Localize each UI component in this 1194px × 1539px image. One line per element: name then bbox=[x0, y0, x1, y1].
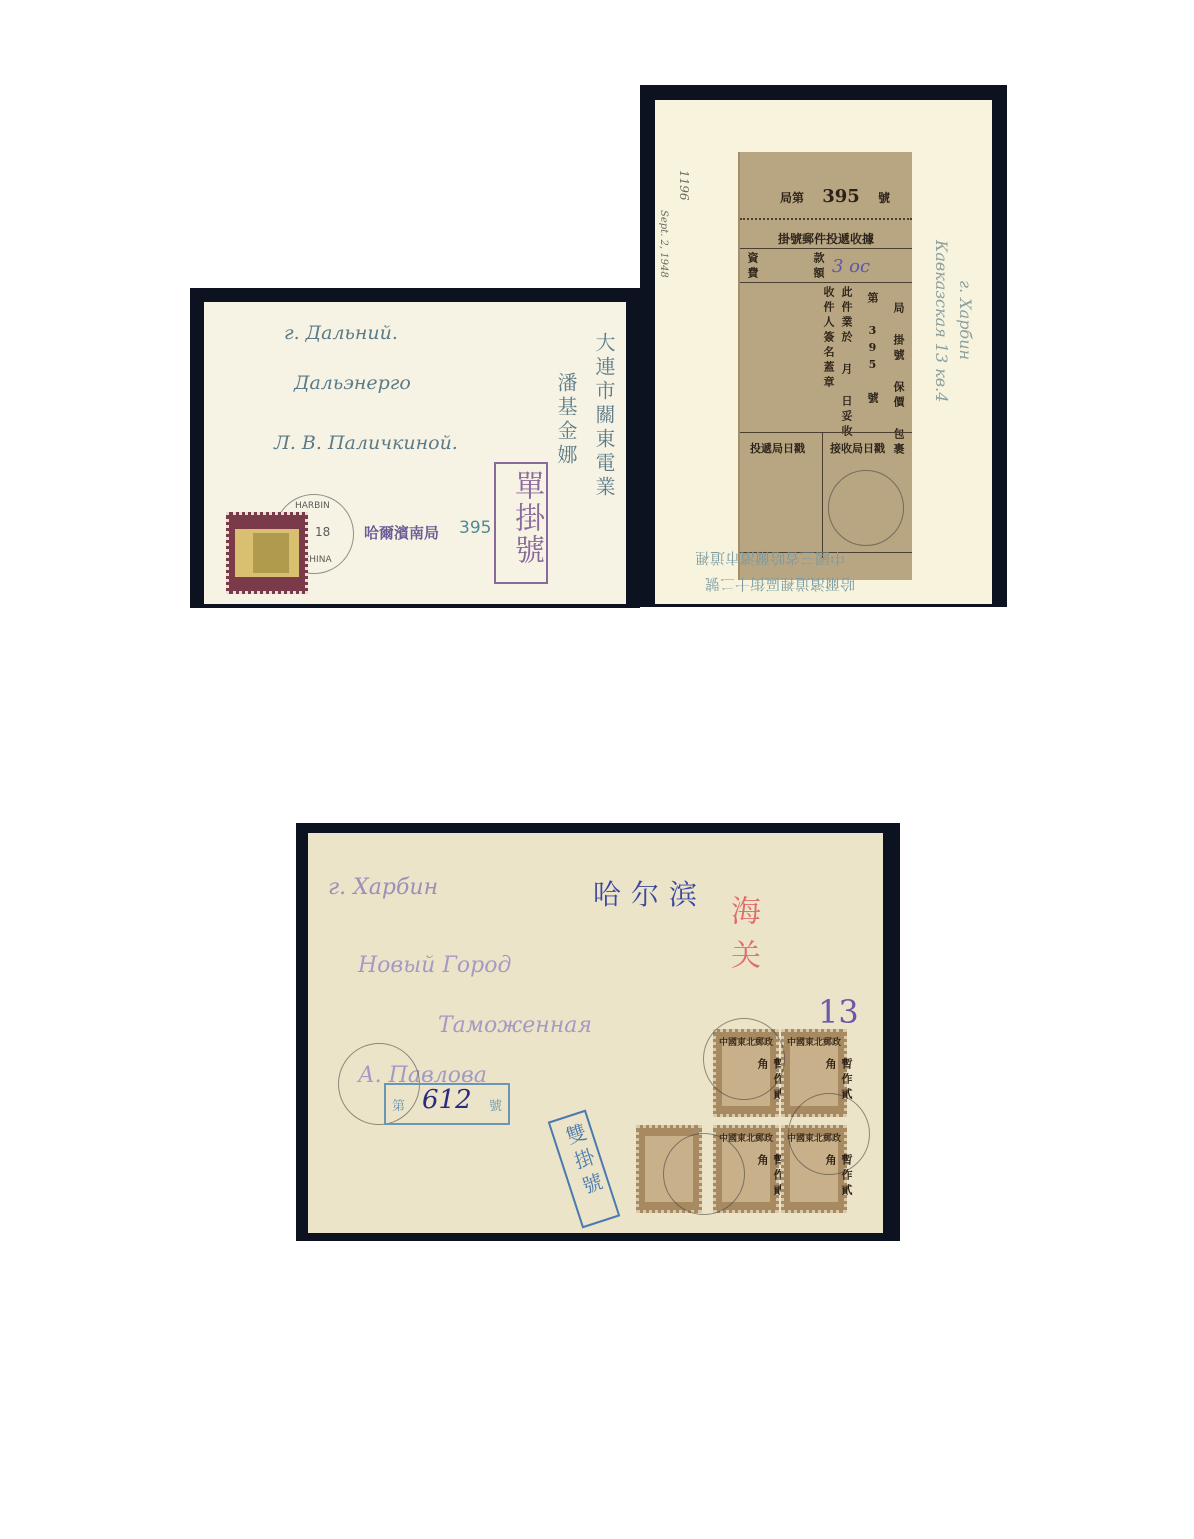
receiving-office-datestamp-label: 接收局日戳 bbox=[830, 440, 885, 456]
address-line-name: Л. В. Паличкиной. bbox=[274, 432, 458, 454]
delivery-office-datestamp-label: 投遞局日戳 bbox=[750, 440, 805, 456]
registration-number: 395 bbox=[459, 518, 491, 538]
cover-2-photo: Sept. 2, 1948 1196 局第 395 號 掛號郵件投遞收據 資費 … bbox=[640, 85, 1007, 607]
address-line-city: г. Харбин bbox=[328, 875, 438, 900]
stamp-cancel bbox=[663, 1133, 745, 1215]
address-line-street: Таможенная bbox=[438, 1013, 592, 1038]
receipt-note: 此件業於 月 日妥收 bbox=[838, 286, 854, 440]
receipt-datestamp bbox=[828, 470, 904, 546]
chinese-city-blue: 哈尔滨 bbox=[593, 873, 707, 913]
return-address-street: Кавказская 13 кв.4 bbox=[932, 240, 951, 402]
red-customs-annotation: 海关 bbox=[720, 895, 764, 983]
chinese-recipient-location: 大連市關東電業 bbox=[590, 332, 619, 500]
stamp-cancel bbox=[703, 1018, 785, 1100]
return-address-chinese-2: 哈爾濱道裡區街十二號 bbox=[705, 574, 855, 595]
cover-2-envelope-back: Sept. 2, 1948 1196 局第 395 號 掛號郵件投遞收據 資費 … bbox=[655, 100, 992, 604]
sender-office-cachet: 哈爾濱南局 bbox=[364, 522, 439, 543]
registered-receipt-label: 局第 395 號 掛號郵件投遞收據 資費 款額 3 ос 第 395 號 局 掛… bbox=[738, 152, 912, 580]
return-address-chinese-1: 中國三省哈爾濱市道裡 bbox=[695, 548, 845, 569]
receipt-office-number: 395 bbox=[822, 186, 860, 207]
amount-handwritten: 3 ос bbox=[832, 256, 870, 277]
cover-3-photo: г. Харбин Новый Город Таможенная А. Павл… bbox=[296, 823, 900, 1241]
double-registered-stamp: 雙掛號 bbox=[548, 1110, 621, 1229]
item-types: 局 掛號 保價 包裹 bbox=[890, 302, 906, 458]
address-line-org: Дальэнерго bbox=[294, 372, 411, 394]
stamp-cancel bbox=[788, 1093, 870, 1175]
item-number-text: 第 395 號 bbox=[864, 292, 880, 407]
receipt-office-prefix: 局第 bbox=[780, 191, 804, 205]
cover-3-envelope: г. Харбин Новый Город Таможенная А. Павл… bbox=[308, 833, 883, 1233]
address-line-city: г. Дальний. bbox=[284, 322, 398, 344]
registration-number-box: 第 612 號 bbox=[384, 1083, 510, 1125]
address-line-district: Новый Город bbox=[358, 953, 511, 978]
cover-1-envelope: г. Дальний. Дальэнерго Л. В. Паличкиной.… bbox=[204, 302, 626, 604]
registration-box-stamp: 單掛號 bbox=[494, 462, 548, 584]
postage-stamp bbox=[226, 512, 308, 594]
return-address-city: г. Харбин bbox=[956, 280, 975, 360]
receipt-title: 掛號郵件投遞收據 bbox=[740, 230, 912, 247]
amount-label: 款額 bbox=[810, 252, 826, 282]
cover-1-photo: г. Дальний. Дальэнерго Л. В. Паличкиной.… bbox=[190, 288, 640, 608]
fee-label: 資費 bbox=[744, 252, 760, 282]
pencil-note-date: Sept. 2, 1948 bbox=[658, 210, 669, 278]
receipt-office-suffix: 號 bbox=[878, 191, 890, 205]
chinese-recipient-name: 潘基金娜 bbox=[552, 372, 581, 468]
pencil-note-number: 1196 bbox=[677, 170, 691, 201]
signature-label: 收件人簽名蓋章 bbox=[820, 286, 836, 391]
purple-number: 13 bbox=[818, 993, 859, 1031]
